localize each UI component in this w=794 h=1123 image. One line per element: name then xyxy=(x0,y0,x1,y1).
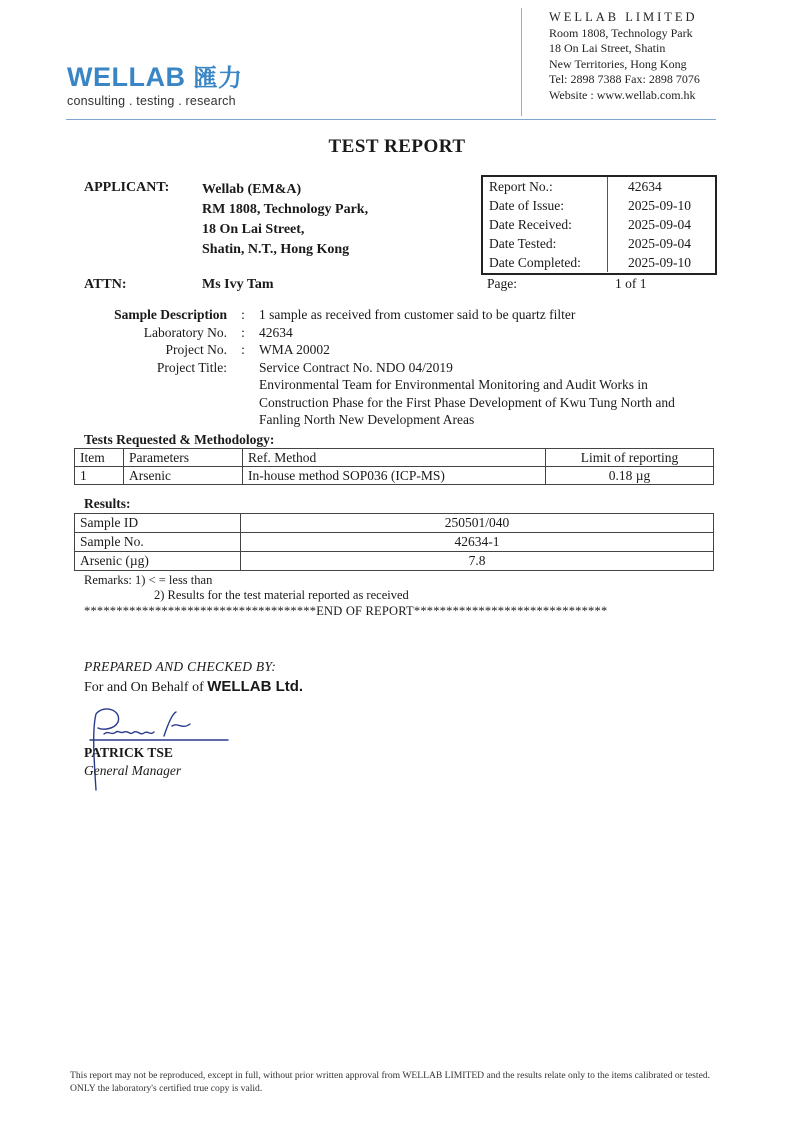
tests-title: Tests Requested & Methodology: xyxy=(84,432,274,448)
project-title-line: Service Contract No. NDO 04/2019 xyxy=(259,359,689,377)
tests-header: Ref. Method xyxy=(243,449,546,467)
date-completed: 2025-09-10 xyxy=(608,253,716,272)
tests-header: Limit of reporting xyxy=(546,449,714,467)
remark-line: Remarks: 1) < = less than xyxy=(84,573,409,588)
logo-tagline: consulting . testing . research xyxy=(67,94,243,108)
tests-header: Parameters xyxy=(124,449,243,467)
report-info-row: Date Tested:2025-09-04 xyxy=(483,234,715,253)
on-behalf-of: For and On Behalf of WELLAB Ltd. xyxy=(84,678,303,696)
page-title: TEST REPORT xyxy=(0,136,794,158)
report-number: 42634 xyxy=(608,177,716,196)
page-value: 1 of 1 xyxy=(615,276,647,292)
page-indicator: Page: 1 of 1 xyxy=(487,276,517,292)
remarks: Remarks: 1) < = less than 2) Results for… xyxy=(84,573,409,603)
company-name: WELLAB LIMITED xyxy=(549,10,700,26)
applicant-label: APPLICANT: xyxy=(84,180,169,196)
sample-description-value: 1 sample as received from customer said … xyxy=(259,306,689,324)
header-rule xyxy=(66,119,716,120)
address-line: Room 1808, Technology Park xyxy=(549,26,700,42)
signer-name: PATRICK TSE xyxy=(84,745,173,761)
report-info-row: Date Received:2025-09-04 xyxy=(483,215,715,234)
logo-wordmark: WELLAB 匯力 xyxy=(67,62,243,93)
logo-text: WELLAB xyxy=(67,62,185,92)
date-of-issue: 2025-09-10 xyxy=(608,196,716,215)
applicant-line: Wellab (EM&A) xyxy=(202,180,368,200)
remark-line: 2) Results for the test material reporte… xyxy=(84,588,409,603)
results-value-sample-id: 250501/040 xyxy=(241,514,714,533)
tests-cell-method: In-house method SOP036 (ICP-MS) xyxy=(243,467,546,485)
report-info-key: Date of Issue: xyxy=(483,196,608,215)
end-of-report: ************************************END … xyxy=(84,604,607,619)
table-row: Sample ID 250501/040 xyxy=(75,514,714,533)
project-title-label: Project Title: xyxy=(104,359,227,429)
tests-header-row: Item Parameters Ref. Method Limit of rep… xyxy=(75,449,714,467)
date-tested: 2025-09-04 xyxy=(608,234,716,253)
page-label: Page: xyxy=(487,276,517,291)
tests-table: Item Parameters Ref. Method Limit of rep… xyxy=(74,448,714,485)
logo-chinese: 匯力 xyxy=(194,64,243,92)
results-table: Sample ID 250501/040 Sample No. 42634-1 … xyxy=(74,513,714,571)
header-divider xyxy=(521,8,522,116)
project-no-value: WMA 20002 xyxy=(259,341,689,359)
applicant-line: Shatin, N.T., Hong Kong xyxy=(202,240,368,260)
results-value-arsenic: 7.8 xyxy=(241,552,714,571)
results-key: Arsenic (µg) xyxy=(75,552,241,571)
table-row: Arsenic (µg) 7.8 xyxy=(75,552,714,571)
report-info-row: Date Completed:2025-09-10 xyxy=(483,253,715,272)
company-address: WELLAB LIMITED Room 1808, Technology Par… xyxy=(549,10,700,104)
applicant-address: Wellab (EM&A) RM 1808, Technology Park, … xyxy=(202,180,368,260)
project-no-label: Project No. xyxy=(104,341,227,359)
behalf-company: WELLAB Ltd. xyxy=(207,678,303,695)
results-key: Sample ID xyxy=(75,514,241,533)
results-value-sample-no: 42634-1 xyxy=(241,533,714,552)
applicant-line: 18 On Lai Street, xyxy=(202,220,368,240)
lab-no-value: 42634 xyxy=(259,324,689,342)
project-title-value: Service Contract No. NDO 04/2019 Environ… xyxy=(259,359,689,429)
tests-cell-parameter: Arsenic xyxy=(124,467,243,485)
results-key: Sample No. xyxy=(75,533,241,552)
signer-role: General Manager xyxy=(84,763,181,779)
lab-no-label: Laboratory No. xyxy=(104,324,227,342)
date-received: 2025-09-04 xyxy=(608,215,716,234)
report-info-row: Date of Issue:2025-09-10 xyxy=(483,196,715,215)
attn-label: ATTN: xyxy=(84,277,127,293)
report-info-row: Report No.:42634 xyxy=(483,177,715,196)
project-title-line: Environmental Team for Environmental Mon… xyxy=(259,376,689,429)
prepared-by-label: PREPARED AND CHECKED BY: xyxy=(84,659,276,675)
report-info-key: Date Tested: xyxy=(483,234,608,253)
report-info-key: Date Completed: xyxy=(483,253,608,272)
results-title: Results: xyxy=(84,496,131,512)
tests-header: Item xyxy=(75,449,124,467)
report-info-key: Date Received: xyxy=(483,215,608,234)
sample-description-label: Sample Description xyxy=(104,306,227,324)
table-row: 1 Arsenic In-house method SOP036 (ICP-MS… xyxy=(75,467,714,485)
contact-phone: Tel: 2898 7388 Fax: 2898 7076 xyxy=(549,72,700,88)
attn-value: Ms Ivy Tam xyxy=(202,277,274,293)
address-line: 18 On Lai Street, Shatin xyxy=(549,41,700,57)
tests-cell-item: 1 xyxy=(75,467,124,485)
report-info-key: Report No.: xyxy=(483,177,608,196)
company-logo: WELLAB 匯力 consulting . testing . researc… xyxy=(67,62,243,108)
contact-website: Website : www.wellab.com.hk xyxy=(549,88,700,104)
address-line: New Territories, Hong Kong xyxy=(549,57,700,73)
tests-cell-limit: 0.18 µg xyxy=(546,467,714,485)
applicant-line: RM 1808, Technology Park, xyxy=(202,200,368,220)
table-row: Sample No. 42634-1 xyxy=(75,533,714,552)
sample-description: Sample Description : 1 sample as receive… xyxy=(104,306,689,429)
report-info-box: Report No.:42634 Date of Issue:2025-09-1… xyxy=(481,175,717,275)
footer-disclaimer: This report may not be reproduced, excep… xyxy=(70,1069,730,1095)
